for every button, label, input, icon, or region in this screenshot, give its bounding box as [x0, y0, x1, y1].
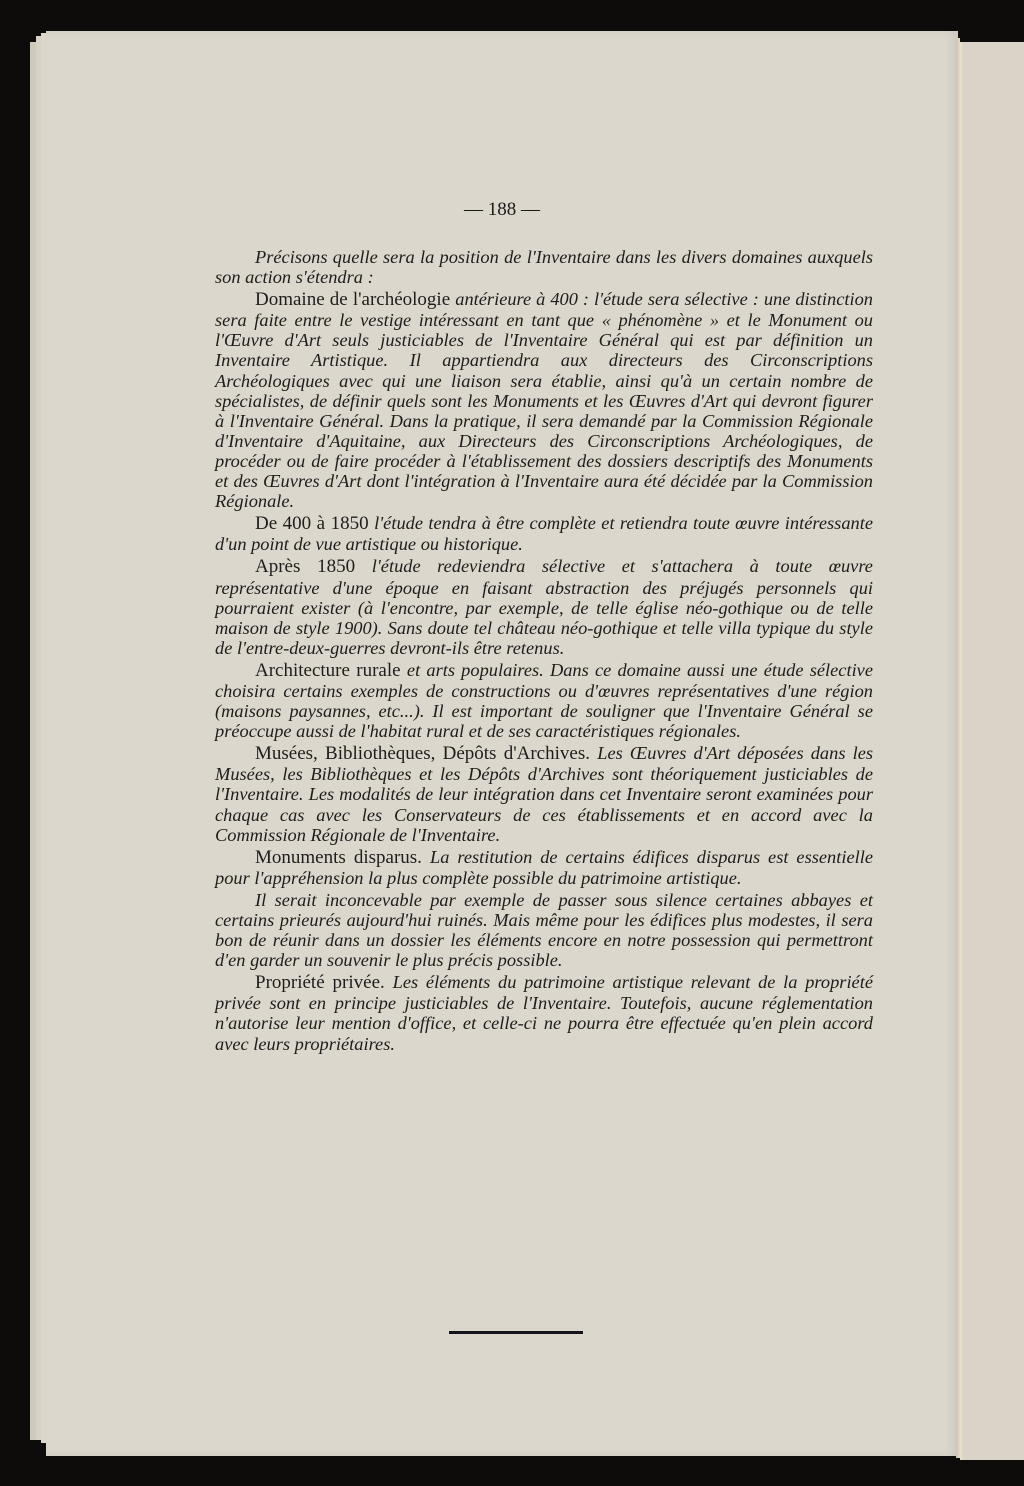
paragraph-text: antérieure à 400 : l'étude sera sélectiv…: [215, 289, 873, 511]
paragraph-monuments-disparus: Monuments disparus. La restitution de ce…: [215, 847, 873, 888]
facing-page: [960, 42, 1024, 1460]
section-lead: Architecture rurale: [255, 660, 407, 681]
section-lead: Domaine de l'archéologie: [255, 289, 455, 310]
section-lead: Propriété privée.: [255, 972, 393, 993]
paragraph-architecture-rurale: Architecture rurale et arts populaires. …: [215, 660, 873, 741]
page-body: Précisons quelle sera la position de l'I…: [215, 247, 873, 1054]
paragraph-text: Précisons quelle sera la position de l'I…: [215, 247, 873, 287]
page-number: — 188 —: [46, 199, 958, 221]
paragraph-archeologie: Domaine de l'archéologie antérieure à 40…: [215, 289, 873, 511]
section-lead: Après 1850: [255, 556, 372, 577]
paragraph-musees: Musées, Bibliothèques, Dépôts d'Archives…: [215, 743, 873, 844]
paragraph-de-400-a-1850: De 400 à 1850 l'étude tendra à être comp…: [215, 513, 873, 554]
paragraph-propriete-privee: Propriété privée. Les éléments du patrim…: [215, 972, 873, 1053]
section-lead: Monuments disparus.: [255, 847, 430, 868]
paragraph-inconcevable: Il serait inconcevable par exemple de pa…: [215, 890, 873, 970]
book-gutter: [956, 38, 960, 1458]
end-rule-divider: [449, 1331, 583, 1334]
section-lead: Musées, Bibliothèques, Dépôts d'Archives…: [255, 743, 597, 764]
paragraph-text: Il serait inconcevable par exemple de pa…: [215, 890, 873, 970]
book-page: — 188 — Précisons quelle sera la positio…: [46, 31, 958, 1456]
paragraph-intro: Précisons quelle sera la position de l'I…: [215, 247, 873, 287]
paragraph-apres-1850: Après 1850 l'étude redeviendra sélective…: [215, 556, 873, 657]
section-lead: De 400 à 1850: [255, 513, 374, 534]
